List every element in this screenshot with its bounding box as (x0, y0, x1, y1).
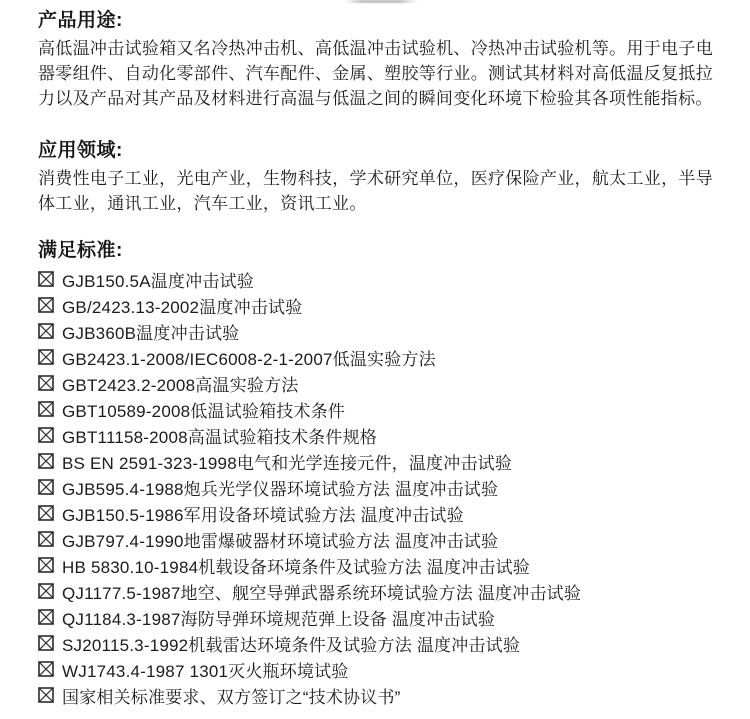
standard-item: GBT10589-2008低温试验箱技术条件 (38, 396, 713, 422)
standard-item: QJ1177.5-1987地空、舰空导弹武器系统环境试验方法 温度冲击试验 (38, 578, 713, 604)
standards-list: GJB150.5A温度冲击试验 GB/2423.13-2002温度冲击试验 GJ… (38, 266, 713, 708)
standard-item: QJ1184.3-1987海防导弹环境规范弹上设备 温度冲击试验 (38, 604, 713, 630)
ballot-box-x-icon (38, 531, 54, 547)
ballot-box-x-icon (38, 635, 54, 651)
standard-item-label: 国家相关标准要求、双方签订之“技术协议书” (62, 683, 401, 708)
usage-paragraph: 高低温冲击试验箱又名冷热冲击机、高低温冲击试验机、冷热冲击试验机等。用于电子电器… (38, 36, 713, 111)
standard-item: WJ1743.4-1987 1301灭火瓶环境试验 (38, 656, 713, 682)
ballot-box-x-icon (38, 583, 54, 599)
standard-item: GJB360B温度冲击试验 (38, 318, 713, 344)
section-standards: 满足标准: GJB150.5A温度冲击试验 GB/2423.13-2002温度冲… (38, 238, 713, 708)
standard-item: 国家相关标准要求、双方签订之“技术协议书” (38, 682, 713, 708)
ballot-box-x-icon (38, 297, 54, 313)
standard-item-label: GB/2423.13-2002温度冲击试验 (62, 293, 302, 318)
standard-item-label: GB2423.1-2008/IEC6008-2-1-2007低温实验方法 (62, 345, 436, 370)
standard-item: GB/2423.13-2002温度冲击试验 (38, 292, 713, 318)
standard-item-label: WJ1743.4-1987 1301灭火瓶环境试验 (62, 657, 349, 682)
ballot-box-x-icon (38, 687, 54, 703)
applications-paragraph: 消费性电子工业，光电产业，生物科技，学术研究单位，医疗保险产业，航太工业，半导体… (38, 166, 713, 216)
ballot-box-x-icon (38, 349, 54, 365)
ballot-box-x-icon (38, 505, 54, 521)
cropped-image-edge (344, 0, 418, 3)
section-usage: 产品用途: 高低温冲击试验箱又名冷热冲击机、高低温冲击试验机、冷热冲击试验机等。… (38, 8, 713, 111)
standard-item: GBT11158-2008高温试验箱技术条件规格 (38, 422, 713, 448)
document-content: 产品用途: 高低温冲击试验箱又名冷热冲击机、高低温冲击试验机、冷热冲击试验机等。… (0, 0, 750, 708)
standard-item: GJB150.5-1986军用设备环境试验方法 温度冲击试验 (38, 500, 713, 526)
standard-item-label: BS EN 2591-323-1998电气和光学连接元件，温度冲击试验 (62, 449, 512, 474)
ballot-box-x-icon (38, 271, 54, 287)
standard-item: SJ20115.3-1992机载雷达环境条件及试验方法 温度冲击试验 (38, 630, 713, 656)
product-description-page: 产品用途: 高低温冲击试验箱又名冷热冲击机、高低温冲击试验机、冷热冲击试验机等。… (0, 0, 750, 719)
ballot-box-x-icon (38, 479, 54, 495)
standard-item-label: QJ1184.3-1987海防导弹环境规范弹上设备 温度冲击试验 (62, 605, 495, 630)
ballot-box-x-icon (38, 401, 54, 417)
standard-item: BS EN 2591-323-1998电气和光学连接元件，温度冲击试验 (38, 448, 713, 474)
standard-item-label: GJB360B温度冲击试验 (62, 319, 239, 344)
ballot-box-x-icon (38, 427, 54, 443)
standard-item-label: GBT11158-2008高温试验箱技术条件规格 (62, 423, 377, 448)
ballot-box-x-icon (38, 375, 54, 391)
ballot-box-x-icon (38, 557, 54, 573)
usage-heading: 产品用途: (38, 8, 713, 34)
ballot-box-x-icon (38, 323, 54, 339)
standard-item: GB2423.1-2008/IEC6008-2-1-2007低温实验方法 (38, 344, 713, 370)
standard-item-label: GBT2423.2-2008高温实验方法 (62, 371, 298, 396)
applications-heading: 应用领域: (38, 138, 713, 164)
standard-item: GJB797.4-1990地雷爆破器材环境试验方法 温度冲击试验 (38, 526, 713, 552)
standard-item-label: GJB595.4-1988炮兵光学仪器环境试验方法 温度冲击试验 (62, 475, 498, 500)
standard-item-label: QJ1177.5-1987地空、舰空导弹武器系统环境试验方法 温度冲击试验 (62, 579, 581, 604)
section-applications: 应用领域: 消费性电子工业，光电产业，生物科技，学术研究单位，医疗保险产业，航太… (38, 138, 713, 216)
standard-item: GJB595.4-1988炮兵光学仪器环境试验方法 温度冲击试验 (38, 474, 713, 500)
standard-item-label: GBT10589-2008低温试验箱技术条件 (62, 397, 345, 422)
standard-item-label: GJB797.4-1990地雷爆破器材环境试验方法 温度冲击试验 (62, 527, 498, 552)
standard-item: HB 5830.10-1984机载设备环境条件及试验方法 温度冲击试验 (38, 552, 713, 578)
standard-item-label: SJ20115.3-1992机载雷达环境条件及试验方法 温度冲击试验 (62, 631, 520, 656)
ballot-box-x-icon (38, 661, 54, 677)
ballot-box-x-icon (38, 609, 54, 625)
standard-item-label: GJB150.5A温度冲击试验 (62, 267, 254, 292)
standard-item: GBT2423.2-2008高温实验方法 (38, 370, 713, 396)
standard-item-label: GJB150.5-1986军用设备环境试验方法 温度冲击试验 (62, 501, 464, 526)
standard-item: GJB150.5A温度冲击试验 (38, 266, 713, 292)
ballot-box-x-icon (38, 453, 54, 469)
standards-heading: 满足标准: (38, 238, 713, 264)
standard-item-label: HB 5830.10-1984机载设备环境条件及试验方法 温度冲击试验 (62, 553, 530, 578)
